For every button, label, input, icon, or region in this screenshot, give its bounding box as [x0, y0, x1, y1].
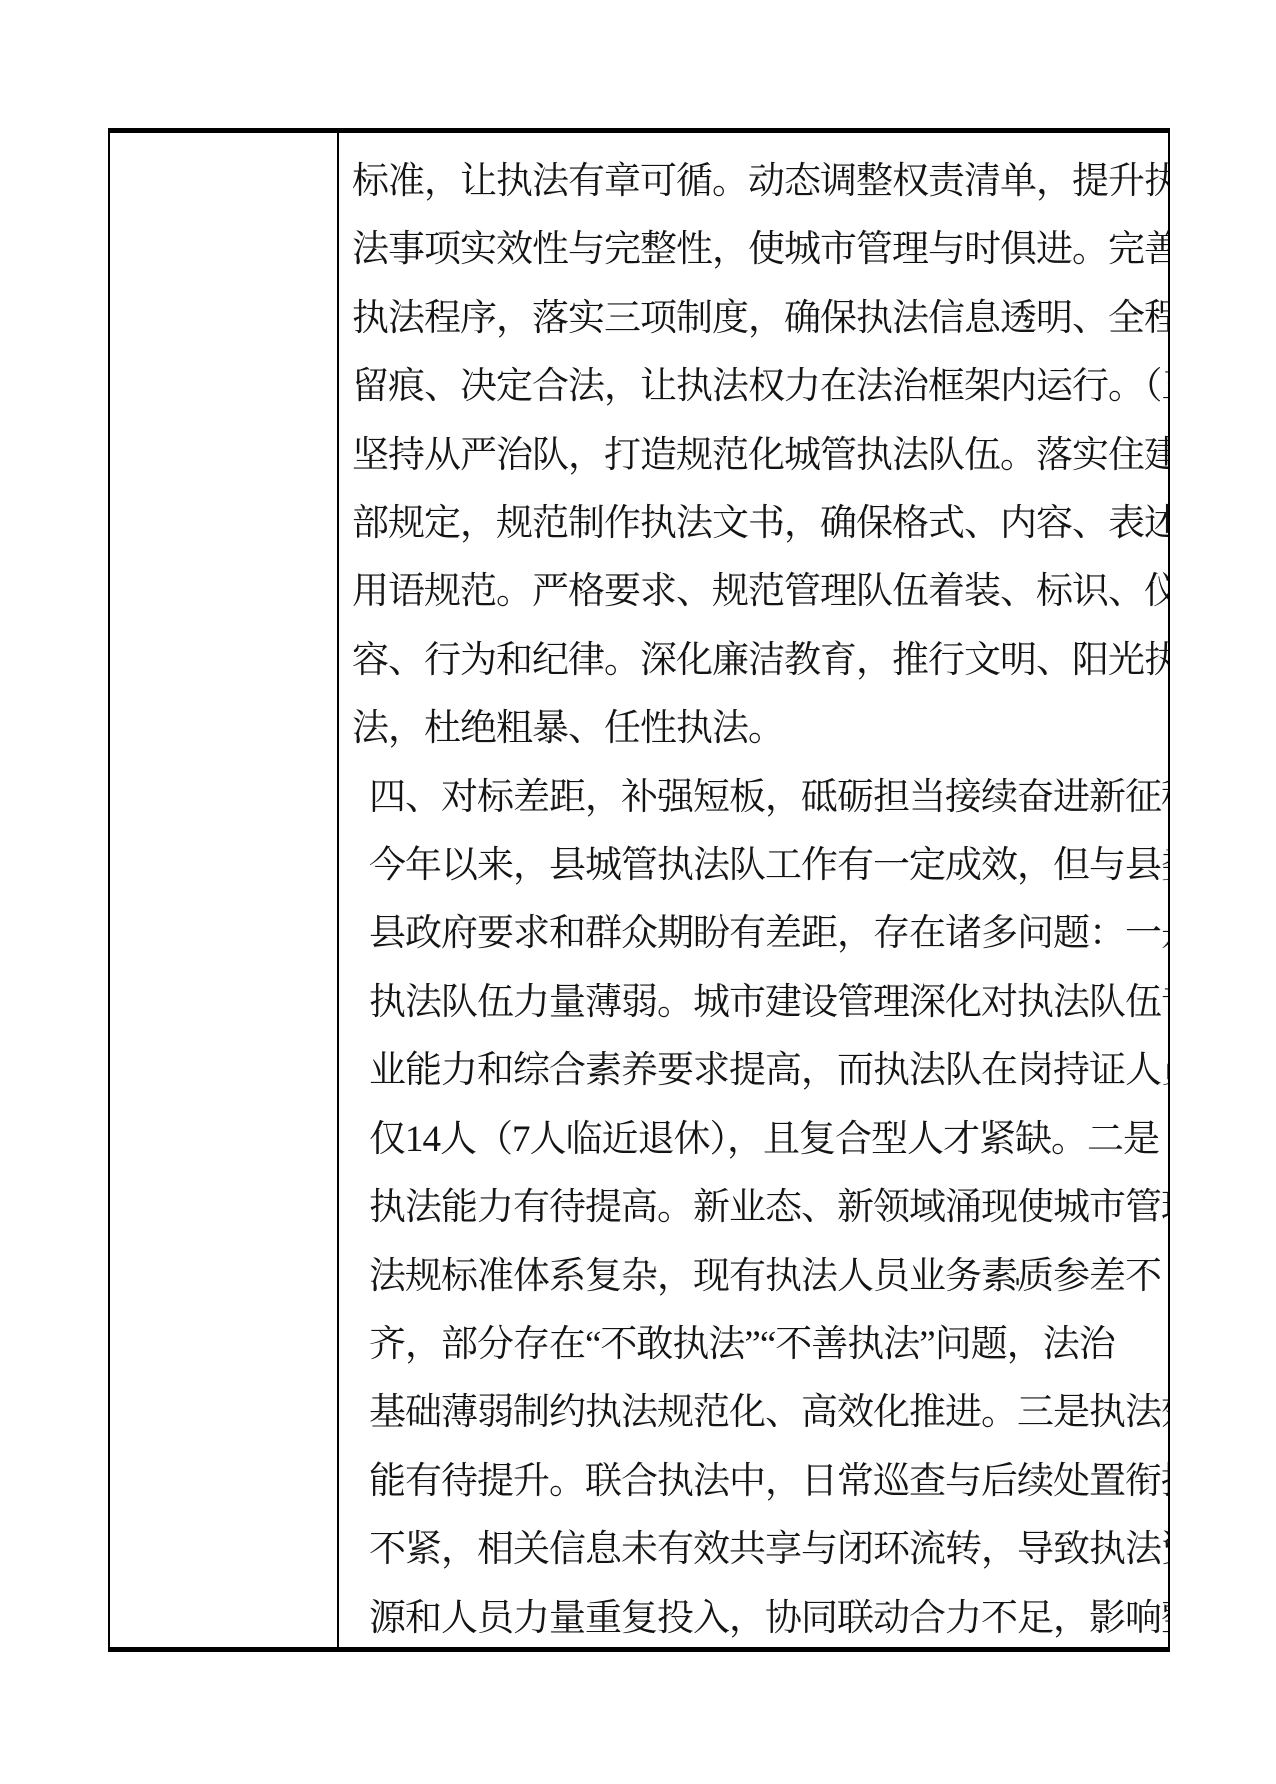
text-line: 留痕、决定合法，让执法权力在法治框架内运行。（三）: [352, 353, 1142, 421]
text-line: 法事项实效性与完整性，使城市管理与时俱进。完善: [352, 216, 1142, 284]
text-line: 执法队伍力量薄弱。城市建设管理深化对执法队伍专: [352, 969, 1142, 1037]
text-line: 不紧，相关信息未有效共享与闭环流转，导致执法资: [352, 1516, 1142, 1584]
text-line: 能有待提升。联合执法中，日常巡查与后续处置衔接: [352, 1448, 1142, 1516]
text-line: 县政府要求和群众期盼有差距，存在诸多问题：一是: [352, 900, 1142, 968]
text-line: 执法能力有待提高。新业态、新领域涌现使城市管理: [352, 1174, 1142, 1242]
text-line: 部规定，规范制作执法文书，确保格式、内容、表述、: [352, 490, 1142, 558]
text-line: 坚持从严治队，打造规范化城管执法队伍。落实住建: [352, 422, 1142, 490]
text-line: 容、行为和纪律。深化廉洁教育，推行文明、阳光执: [352, 627, 1142, 695]
text-line: 四、对标差距，补强短板，砥砺担当接续奋进新征程。: [352, 764, 1142, 832]
text-line: 执法程序，落实三项制度，确保执法信息透明、全程: [352, 285, 1142, 353]
text-line: 法，杜绝粗暴、任性执法。: [352, 695, 1142, 763]
text-line: 今年以来，县城管执法队工作有一定成效，但与县委、: [352, 832, 1142, 900]
text-line: 业能力和综合素养要求提高，而执法队在岗持证人员: [352, 1037, 1142, 1105]
text-line: 基础薄弱制约执法规范化、高效化推进。三是执法效: [352, 1379, 1142, 1447]
table-left-cell-empty: [110, 133, 339, 1647]
text-line: 标准，让执法有章可循。动态调整权责清单，提升执: [352, 148, 1142, 216]
text-line: 用语规范。严格要求、规范管理队伍着装、标识、仪: [352, 558, 1142, 626]
table-right-cell-text: 标准，让执法有章可循。动态调整权责清单，提升执法事项实效性与完整性，使城市管理与…: [339, 133, 1168, 1647]
scan-artifact-mark: ': [1014, 1276, 1021, 1302]
document-table: 标准，让执法有章可循。动态调整权责清单，提升执法事项实效性与完整性，使城市管理与…: [108, 128, 1170, 1652]
document-page: 标准，让执法有章可循。动态调整权责清单，提升执法事项实效性与完整性，使城市管理与…: [0, 0, 1276, 1784]
text-line: 仅14人（7人临近退休），且复合型人才紧缺。二是: [352, 1106, 1142, 1174]
text-line: 源和人员力量重复投入，协同联动合力不足，影响整: [352, 1585, 1142, 1647]
text-line: 齐，部分存在“不敢执法”“不善执法”问题，法治: [352, 1311, 1142, 1379]
text-line: 法规标准体系复杂，现有执法人员业务素质参差不: [352, 1243, 1142, 1311]
